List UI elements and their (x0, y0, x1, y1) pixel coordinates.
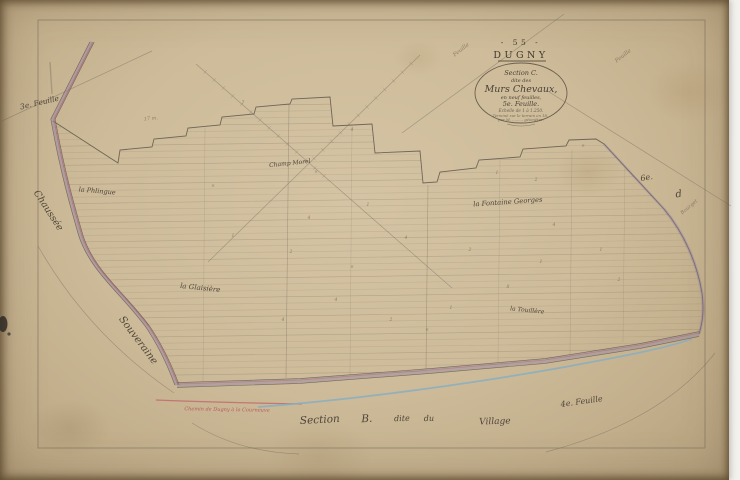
adjacent-sheet-label-b: Feuille (613, 48, 633, 65)
tick-mark: 2 (468, 247, 472, 253)
tick-mark: 1 (232, 233, 235, 239)
ink-blot-shape (0, 316, 8, 332)
cartouche-feuille-num: 5e. Feuille. (503, 100, 539, 108)
tick-mark: 2 (617, 277, 621, 283)
divider-line (350, 126, 352, 375)
field-strip-line (44, 361, 706, 370)
divider-line (623, 160, 625, 342)
divider-line (203, 128, 205, 382)
ink-blot (0, 316, 11, 336)
adjacent-commune-label: Bourget (679, 198, 700, 217)
tick-mark: 4 (307, 215, 311, 221)
lieu-dit-la-phlingue: la Phlingue (78, 185, 116, 196)
lieu-dit-la-touillere: la Touillère (510, 305, 545, 316)
tick-mark: 2 (389, 317, 393, 323)
road-label-souveraine: Souveraine (116, 314, 159, 366)
tick-mark: × (350, 264, 354, 270)
tick-mark: 4 (281, 317, 285, 323)
map-labels: 3e. FeuilleFeuilleFeuilleChausséeSouvera… (19, 42, 700, 428)
adjacent-sheet-label-4e: 4e. Feuille (559, 394, 603, 409)
tick-mark: 2 (534, 177, 538, 183)
neatline-border (38, 20, 705, 448)
tick-mark: 1 (540, 259, 543, 265)
field-strip-line (44, 125, 706, 134)
field-strip-line (44, 99, 706, 108)
section-b-label-word-4: du (424, 414, 435, 423)
section-b-label-word-3: dite (394, 414, 410, 424)
cartouche-flourish (507, 124, 535, 126)
field-strip-line (44, 105, 706, 114)
tick-mark: × (211, 183, 215, 189)
tick-mark: 4 (350, 127, 354, 133)
adjacent-sheet-label-3e: 3e. Feuille (19, 94, 60, 112)
road-west-edge (51, 42, 175, 385)
red-road-line (156, 400, 302, 404)
tick-mark: 7 (242, 100, 245, 106)
lieu-dit-la-fontaine-georges: la Fontaine Georges (473, 196, 543, 209)
compass-arc (38, 246, 174, 393)
tick-mark: 4 (552, 222, 556, 228)
commune-name: DUGNY (493, 50, 548, 61)
road-south-edge (177, 336, 699, 387)
field-strip-line (44, 131, 706, 140)
ink-blot-dot (7, 332, 10, 335)
divider-line (426, 185, 428, 369)
divider-line (498, 160, 500, 363)
road-label-chemin-rouge: Chemin de Dugny à la Courneuve (184, 405, 269, 413)
tick-mark: 1 (600, 247, 603, 253)
scanned-cadastral-map-sheet: - 55 - DUGNY Section C. dite des Murs Ch… (0, 0, 740, 480)
adjacent-sheet-label-a: Feuille (451, 42, 471, 59)
lieu-dit-la-glaisiere: la Glaisière (180, 282, 221, 294)
field-strips (44, 99, 706, 377)
map-drawing: - 55 - DUGNY Section C. dite des Murs Ch… (0, 0, 740, 480)
road-label-chaussee: Chaussée (31, 188, 66, 233)
boundary-northeast-fill (604, 144, 664, 209)
tick-mark: 1 (450, 305, 453, 311)
tick-mark: × (581, 143, 585, 149)
measure-note: 17 m. (143, 115, 158, 123)
tick-mark: 1 (496, 170, 499, 176)
tick-mark: 2 (289, 249, 293, 255)
section-b-label-word-1: Section (300, 413, 341, 427)
field-dividers (203, 104, 625, 382)
tick-mark: 1 (367, 202, 370, 208)
cartouche-section: Section C. (504, 69, 538, 77)
tick-mark: 8 (507, 284, 510, 290)
script-letter-d: d (675, 189, 683, 201)
section-b-label-word-5: Village (479, 416, 511, 427)
tick-mark: × (314, 169, 318, 175)
road-west-fill (53, 42, 177, 385)
sheet-edge-line (546, 90, 731, 206)
tick-mark: 4 (404, 235, 408, 241)
roads (51, 42, 703, 387)
cartouche: - 55 - DUGNY Section C. dite des Murs Ch… (475, 38, 567, 126)
construction-lines (2, 14, 731, 454)
compass-arc (192, 423, 299, 454)
adjacent-sheet-label-6e: 6e. (640, 172, 654, 183)
tick-mark: × (425, 327, 429, 333)
tick-mark: 4 (334, 297, 338, 303)
cartouche-title: Murs Chevaux, (484, 84, 558, 95)
cartouche-geometre: par M. ........, géomètre. (498, 117, 544, 122)
sheet-number: - 55 - (501, 38, 541, 47)
section-b-label-word-2: B. (360, 413, 373, 426)
bold-mark (50, 62, 52, 94)
divider-line (570, 150, 572, 357)
